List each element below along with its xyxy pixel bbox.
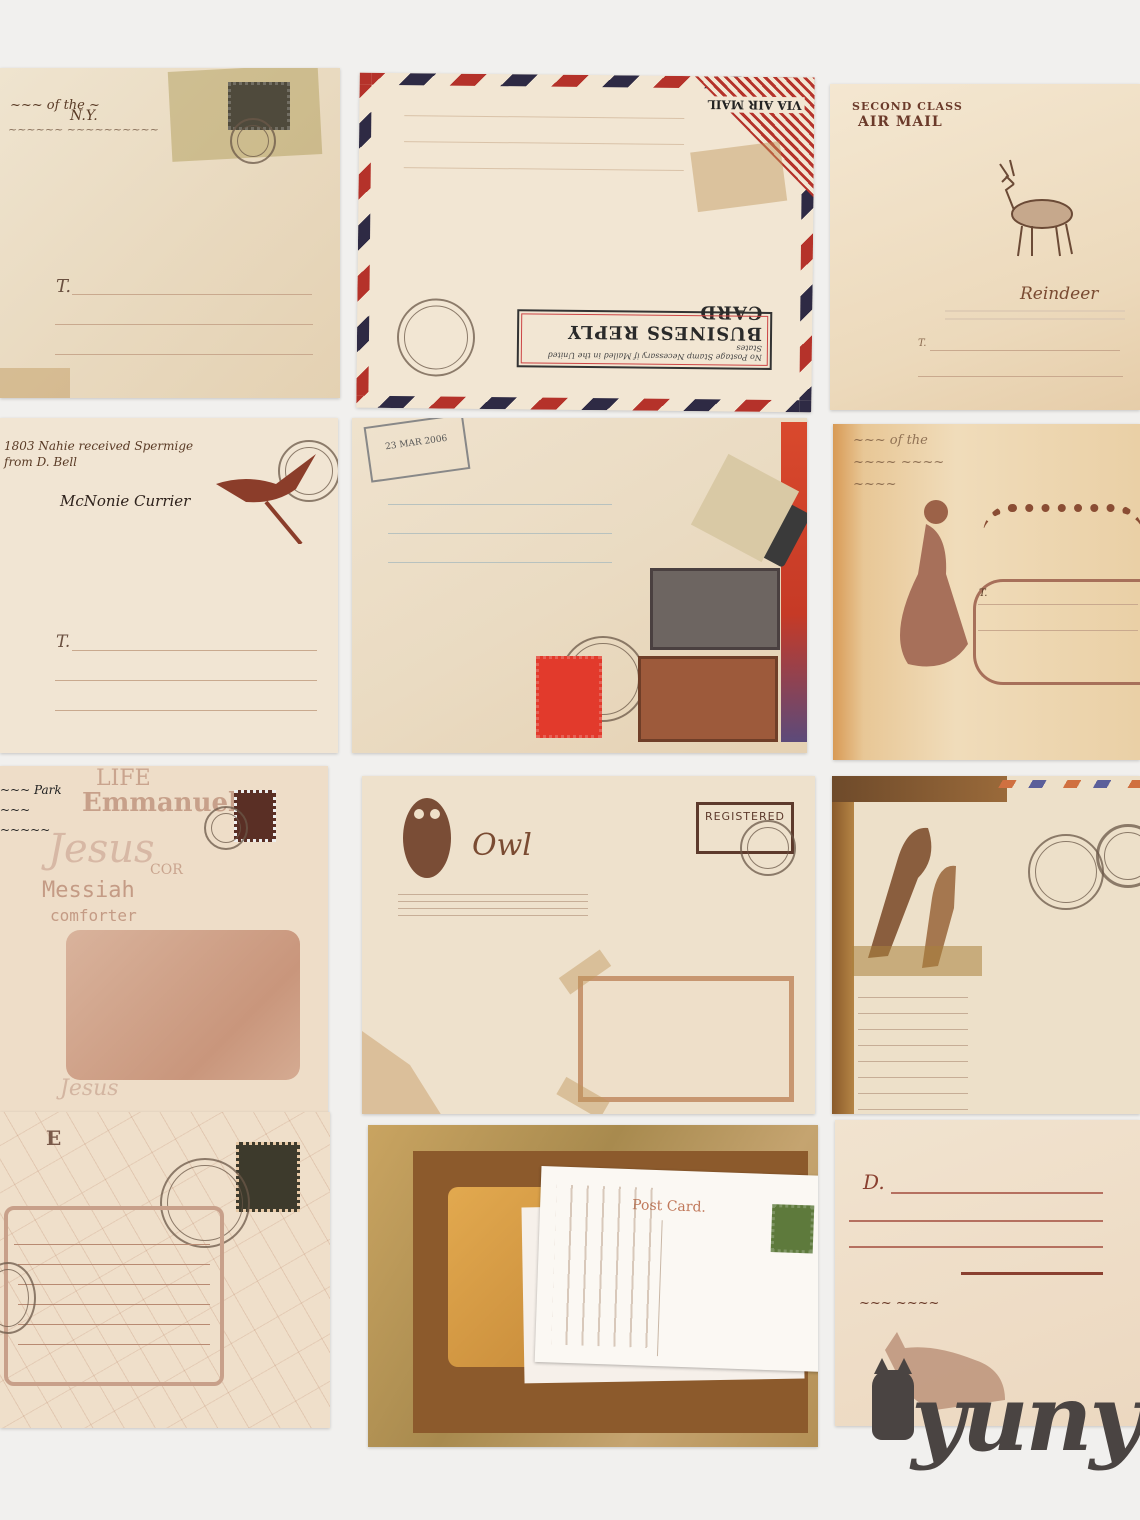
handwriting: ~~~~~~ ~~~~~~~~~~ [8,123,159,136]
signature: ~~~ ~~~~ [859,1296,939,1311]
envelope-9 [832,776,1140,1114]
postmark-icon [740,820,796,876]
envelope-6: ~~~ of the ~~~~ ~~~~ ~~~~ T. [833,424,1140,760]
envelope-7: LIFE Emmanuel Jesus COR Messiah comforte… [0,766,328,1114]
tape [0,368,70,398]
tape [852,946,982,976]
photo-frame [66,930,300,1080]
envelope-5: 23 MAR 2006 [352,418,807,753]
envelope-2: VIA AIR MAIL No Postage Stamp Necessary … [356,73,814,413]
envelope-10: E [0,1112,330,1428]
postcard: Post Card. [535,1166,818,1372]
handwriting: N.Y. [70,108,98,124]
postmark-icon [204,806,248,850]
ornamental-frame [973,579,1140,685]
brand-watermark: yuny [911,1372,1140,1464]
business-reply-box: No Postage Stamp Necessary if Mailed in … [517,309,773,370]
postmark-icon [397,298,476,377]
reindeer-icon [980,154,1100,264]
brown-stamp [638,656,778,742]
bird-icon [206,444,326,544]
postmark-icon [1028,834,1104,910]
gray-stamp [650,568,780,650]
airmail-border [982,780,1140,788]
envelope-8: Owl REGISTERED [362,776,815,1114]
envelope-11: Post Card. [368,1125,818,1447]
cat-silhouette-icon [872,1370,914,1440]
postmark-icon [230,118,276,164]
envelope-4: 1803 Nahie received Spermige from D. Bel… [0,418,338,753]
victorian-lady-icon [888,494,978,684]
address-label: T. [56,276,71,297]
owl-icon [387,786,467,886]
envelope-1: ~~~ of the ~ N.Y. ~~~~~~ ~~~~~~~~~~ T. [0,68,340,398]
date-postmark: 23 MAR 2006 [364,418,471,483]
handwriting: ~~~ Park ~~~ ~~~~~ [0,780,80,840]
address-frame [4,1206,224,1386]
tape [690,141,787,212]
photo-frame [578,976,794,1102]
green-stamp [771,1204,815,1253]
red-stamp [536,656,602,738]
envelope-3: SECOND CLASS AIR MAIL Reindeer T. [830,84,1140,410]
